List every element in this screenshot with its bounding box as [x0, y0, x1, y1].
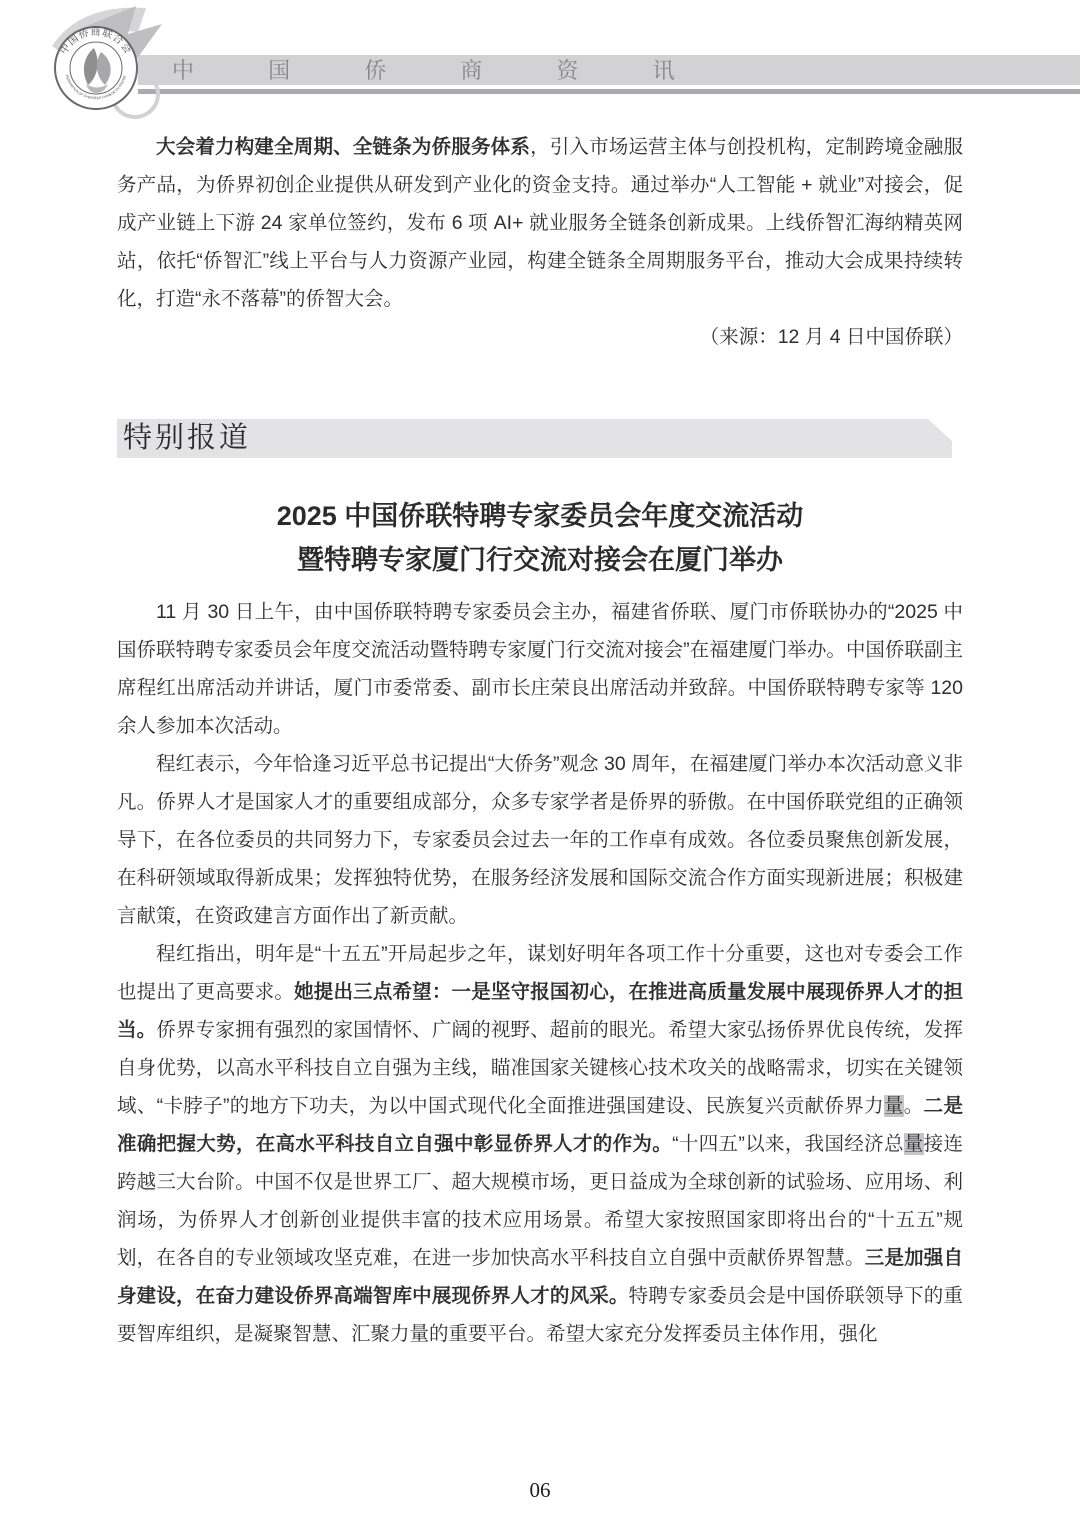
intro-section: 大会着力构建全周期、全链条为侨服务体系，引入市场运营主体与创投机构，定制跨境金融…: [117, 128, 963, 318]
article-paragraph: 程红表示，今年恰逢习近平总书记提出“大侨务”观念 30 周年，在福建厦门举办本次…: [117, 745, 963, 935]
article-paragraph: 程红指出，明年是“十五五”开局起步之年，谋划好明年各项工作十分重要，这也对专委会…: [117, 935, 963, 1353]
section-header-bar: 特别报道: [117, 419, 952, 458]
page-number: 06: [0, 1478, 1080, 1503]
article-title-line2: 暨特聘专家厦门行交流对接会在厦门举办: [117, 538, 963, 582]
logo-seal-icon: 中国侨商联合会 CHINA FEDERATION OF OVERSEAS CHI…: [38, 2, 188, 137]
section-header-label: 特别报道: [117, 419, 251, 458]
intro-paragraph: 大会着力构建全周期、全链条为侨服务体系，引入市场运营主体与创投机构，定制跨境金融…: [117, 128, 963, 318]
masthead-title: 中 国 侨 商 资 讯: [172, 58, 709, 84]
masthead-rule: [138, 89, 1080, 94]
article-body: 11 月 30 日上午，由中国侨联特聘专家委员会主办，福建省侨联、厦门市侨联协办…: [117, 593, 963, 1353]
source-attribution: （来源：12 月 4 日中国侨联）: [117, 318, 963, 356]
organization-logo: 中国侨商联合会 CHINA FEDERATION OF OVERSEAS CHI…: [38, 2, 188, 137]
article-title: 2025 中国侨联特聘专家委员会年度交流活动 暨特聘专家厦门行交流对接会在厦门举…: [117, 494, 963, 582]
article-title-line1: 2025 中国侨联特聘专家委员会年度交流活动: [117, 494, 963, 538]
article-paragraph: 11 月 30 日上午，由中国侨联特聘专家委员会主办，福建省侨联、厦门市侨联协办…: [117, 593, 963, 745]
